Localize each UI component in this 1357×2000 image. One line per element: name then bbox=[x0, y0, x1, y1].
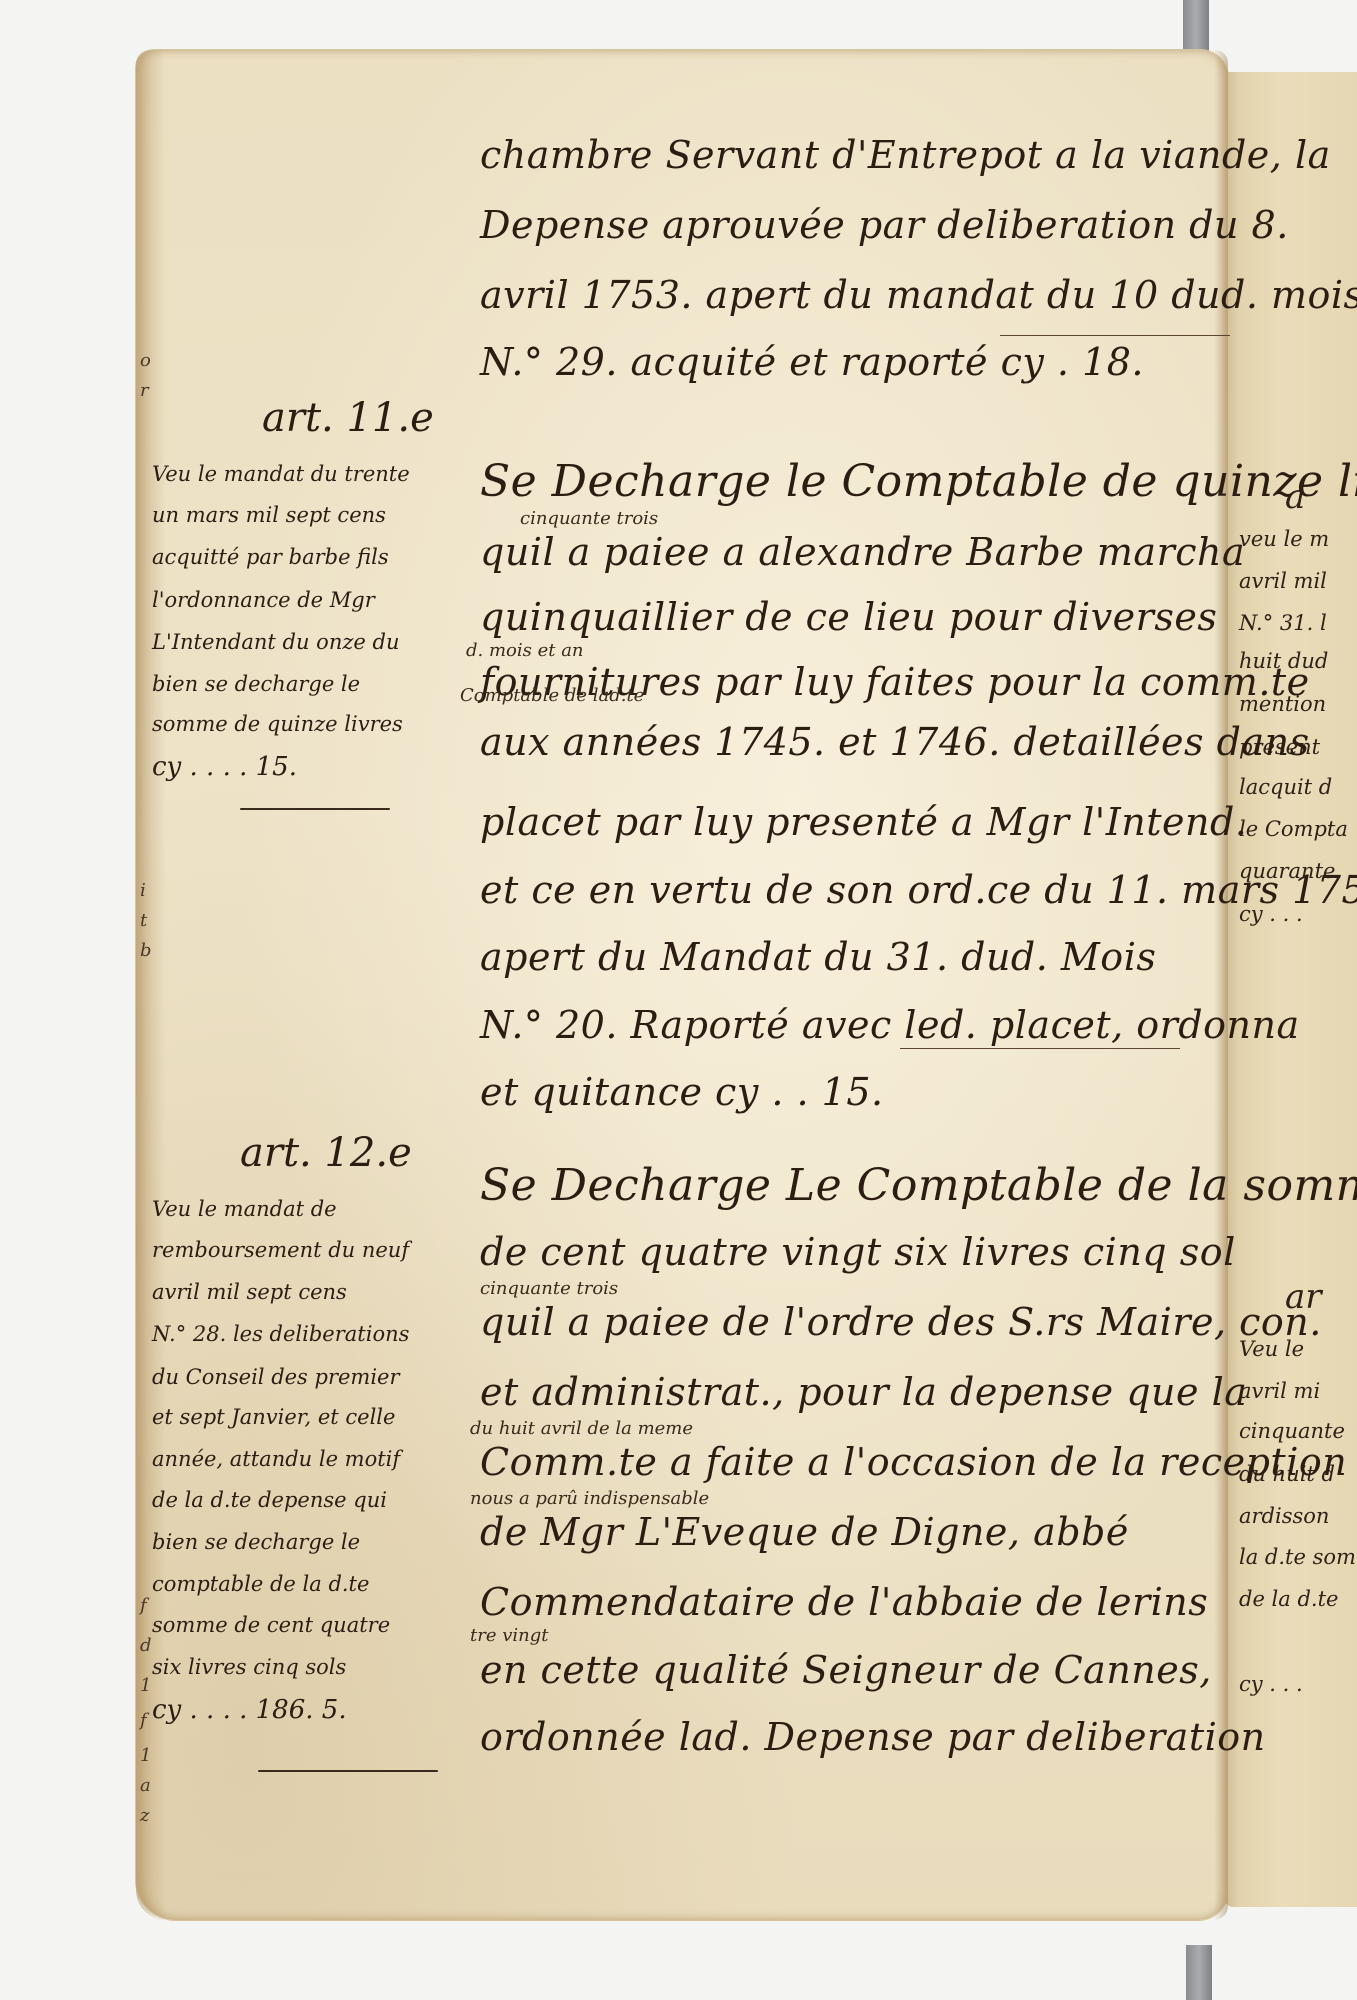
edge-letter: t bbox=[140, 910, 147, 931]
interlinear-note: cinquante trois bbox=[520, 508, 658, 529]
edge-letter: a bbox=[140, 1775, 151, 1796]
edge-letter: f bbox=[140, 1710, 147, 1731]
interlinear-note: tre vingt bbox=[470, 1625, 549, 1646]
margin-note-line: N.° 28. les deliberations bbox=[152, 1322, 409, 1346]
article-heading-12: art. 12.e bbox=[240, 1130, 412, 1176]
main-text-line: et ce en vertu de son ord.ce du 11. mars… bbox=[480, 868, 1357, 912]
margin-note-line: remboursement du neuf bbox=[152, 1238, 409, 1262]
main-text-line: Comm.te a faite a l'occasion de la recep… bbox=[480, 1440, 1347, 1484]
margin-note-line: Veu le mandat du trente bbox=[152, 462, 410, 486]
main-text-line: quil a paiee a alexandre Barbe marcha bbox=[480, 530, 1245, 574]
edge-letter: f bbox=[140, 1595, 147, 1616]
spine-shadow bbox=[1214, 50, 1228, 1920]
facing-line: le Compta bbox=[1239, 817, 1348, 841]
main-text-line: avril 1753. apert du mandat du 10 dud. m… bbox=[480, 273, 1357, 317]
interlinear-note: cinquante trois bbox=[480, 1278, 618, 1299]
main-text-line: de Mgr L'Eveque de Digne, abbé bbox=[480, 1510, 1129, 1554]
margin-note-line: avril mil sept cens bbox=[152, 1280, 347, 1304]
margin-total-line: cy . . . . 186. 5. bbox=[152, 1695, 347, 1725]
facing-line: N.° 31. l bbox=[1239, 611, 1327, 635]
main-text-line: aux années 1745. et 1746. detaillées dan… bbox=[480, 720, 1310, 764]
margin-note-line: L'Intendant du onze du bbox=[152, 630, 399, 654]
interlinear-note: nous a parû indispensable bbox=[470, 1488, 709, 1509]
main-text-line: de cent quatre vingt six livres cinq sol bbox=[480, 1230, 1236, 1274]
facing-page: a veu le m avril mil N.° 31. l huit dud … bbox=[1225, 72, 1357, 1907]
main-text-line: Depense aprouvée par deliberation du 8. bbox=[480, 203, 1289, 247]
margin-note-line: année, attandu le motif bbox=[152, 1447, 400, 1471]
edge-letter: b bbox=[140, 940, 152, 961]
edge-letter: 1 bbox=[140, 1745, 151, 1766]
margin-note-line: bien se decharge le bbox=[152, 1530, 360, 1554]
edge-letter: o bbox=[140, 350, 151, 371]
article-separator bbox=[240, 808, 390, 810]
article-separator bbox=[258, 1770, 438, 1772]
interlinear-note: Comptable de lad.te bbox=[460, 685, 644, 706]
margin-note-line: du Conseil des premier bbox=[152, 1365, 400, 1389]
main-text-line: en cette qualité Seigneur de Cannes, bbox=[480, 1648, 1212, 1692]
interlinear-note: du huit avril de la meme bbox=[470, 1418, 693, 1439]
facing-line: avril mi bbox=[1239, 1379, 1320, 1403]
amount-rule bbox=[1000, 335, 1230, 336]
main-text-line: et administrat., pour la depense que la bbox=[480, 1370, 1247, 1414]
margin-note-line: acquitté par barbe fils bbox=[152, 545, 389, 569]
interlinear-note: d. mois et an bbox=[466, 640, 584, 661]
main-text-line: Commendataire de l'abbaie de lerins bbox=[480, 1580, 1208, 1624]
margin-note-line: et sept Janvier, et celle bbox=[152, 1405, 395, 1429]
facing-line: lacquit d bbox=[1239, 775, 1332, 799]
margin-total-line: cy . . . . 15. bbox=[152, 752, 297, 782]
main-text-line: Se Decharge le Comptable de quinze liv. bbox=[480, 456, 1357, 507]
margin-note-line: six livres cinq sols bbox=[152, 1655, 346, 1679]
main-text-line: quil a paiee de l'ordre des S.rs Maire, … bbox=[480, 1300, 1322, 1344]
edge-letter: z bbox=[140, 1805, 149, 1826]
margin-note-line: somme de quinze livres bbox=[152, 712, 403, 736]
margin-note-line: Veu le mandat de bbox=[152, 1197, 337, 1221]
amount-rule bbox=[900, 1048, 1180, 1049]
main-text-line: Se Decharge Le Comptable de la somme bbox=[480, 1160, 1357, 1211]
article-heading-11: art. 11.e bbox=[262, 395, 434, 441]
margin-note-line: de la d.te depense qui bbox=[152, 1488, 387, 1512]
margin-note-line: l'ordonnance de Mgr bbox=[152, 588, 375, 612]
margin-note-line: somme de cent quatre bbox=[152, 1613, 390, 1637]
edge-letter: 1 bbox=[140, 1675, 151, 1696]
main-text-line: apert du Mandat du 31. dud. Mois bbox=[480, 935, 1156, 979]
main-text-line: N.° 20. Raporté avec led. placet, ordonn… bbox=[480, 1003, 1300, 1047]
main-text-line: placet par luy presenté a Mgr l'Intend. bbox=[480, 800, 1247, 844]
facing-line: cy . . . bbox=[1239, 1672, 1303, 1696]
manuscript-page bbox=[136, 50, 1228, 1920]
edge-letter: d bbox=[140, 1635, 152, 1656]
facing-line: ardisson bbox=[1239, 1504, 1329, 1528]
facing-line: veu le m bbox=[1239, 527, 1329, 551]
margin-note-line: un mars mil sept cens bbox=[152, 503, 386, 527]
margin-note-line: bien se decharge le bbox=[152, 672, 360, 696]
facing-line: la d.te som bbox=[1239, 1545, 1356, 1569]
main-text-line: N.° 29. acquité et raporté cy . 18. bbox=[480, 340, 1144, 384]
facing-line: de la d.te bbox=[1239, 1587, 1338, 1611]
margin-note-line: comptable de la d.te bbox=[152, 1572, 369, 1596]
main-text-line: et quitance cy . . 15. bbox=[480, 1070, 884, 1114]
main-text-line: chambre Servant d'Entrepot a la viande, … bbox=[480, 133, 1331, 177]
scanner-clamp-bottom bbox=[1186, 1945, 1212, 2000]
main-text-line: quinquaillier de ce lieu pour diverses bbox=[480, 595, 1217, 639]
main-text-line: ordonnée lad. Depense par deliberation bbox=[480, 1715, 1266, 1759]
facing-line: avril mil bbox=[1239, 569, 1327, 593]
edge-letter: i bbox=[140, 880, 146, 901]
edge-letter: r bbox=[140, 380, 149, 401]
